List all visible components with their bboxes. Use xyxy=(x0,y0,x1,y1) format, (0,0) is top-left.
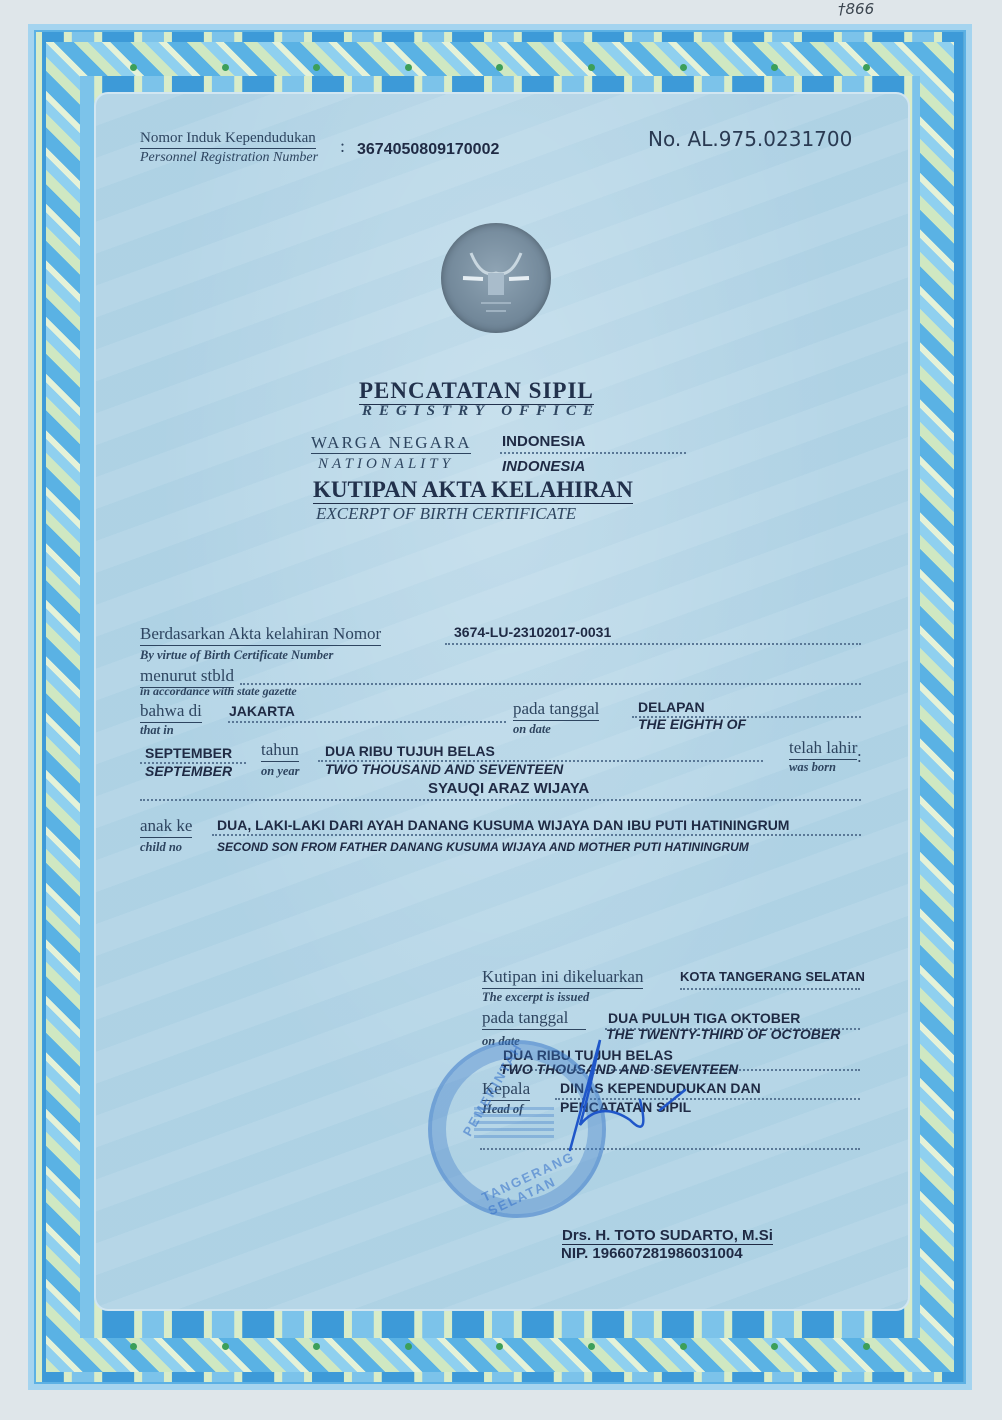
birth-month-value: SEPTEMBER xyxy=(145,745,232,761)
child-name: SYAUQI ARAZ WIJAYA xyxy=(428,780,589,797)
cert-number-label: Berdasarkan Akta kelahiran Nomor xyxy=(140,624,381,646)
office-title-en: REGISTRY OFFICE xyxy=(362,403,600,420)
place-label-en: that in xyxy=(140,723,174,738)
birth-year-value-en: TWO THOUSAND AND SEVENTEEN xyxy=(325,761,563,777)
birth-date-label: pada tanggal xyxy=(513,699,599,721)
child-no-label: anak ke xyxy=(140,816,192,838)
birth-date-label-en: on date xyxy=(513,722,551,737)
border-dots-bottom xyxy=(88,1343,912,1350)
cert-number-dotted-line xyxy=(445,643,861,645)
stbld-dotted-line xyxy=(240,683,861,685)
document-title-en: EXCERPT OF BIRTH CERTIFICATE xyxy=(316,504,576,524)
born-label: telah lahir xyxy=(789,738,857,760)
nationality-dotted-line xyxy=(500,452,686,454)
nik-value: 3674050809170002 xyxy=(357,141,499,159)
nik-label-en: Personnel Registration Number xyxy=(140,150,318,166)
child-no-label-en: child no xyxy=(140,840,182,855)
nationality-label: WARGA NEGARA xyxy=(311,433,471,454)
child-no-dotted-line xyxy=(212,834,861,836)
official-nip: NIP. 196607281986031004 xyxy=(561,1245,743,1262)
child-no-value-en: SECOND SON FROM FATHER DANANG KUSUMA WIJ… xyxy=(217,840,749,854)
child-no-value: DUA, LAKI-LAKI DARI AYAH DANANG KUSUMA W… xyxy=(217,817,789,833)
place-dotted-line xyxy=(228,721,506,723)
office-title: PENCATATAN SIPIL xyxy=(359,378,594,405)
garuda-emblem-icon xyxy=(441,223,551,333)
issued-dotted-line xyxy=(680,988,860,990)
cert-number-label-en: By virtue of Birth Certificate Number xyxy=(140,648,333,663)
official-name: Drs. H. TOTO SUDARTO, M.Si xyxy=(562,1227,773,1245)
birth-date-value: DELAPAN xyxy=(638,699,705,715)
issue-date-value: DUA PULUH TIGA OKTOBER xyxy=(608,1010,800,1026)
birth-year-label: tahun xyxy=(261,740,299,762)
place-label: bahwa di xyxy=(140,701,202,723)
nationality-label-en: NATIONALITY xyxy=(318,456,454,473)
issued-label: Kutipan ini dikeluarkan xyxy=(482,967,643,989)
official-signature xyxy=(540,1030,700,1160)
birth-year-value: DUA RIBU TUJUH BELAS xyxy=(325,743,495,759)
born-colon: : xyxy=(857,747,862,767)
issue-date-label: pada tanggal xyxy=(482,1008,586,1030)
nik-separator: : xyxy=(340,136,345,157)
stbld-label-en: in accordance with state gazette xyxy=(140,684,297,699)
birth-year-label-en: on year xyxy=(261,764,300,779)
issued-value: KOTA TANGERANG SELATAN xyxy=(680,969,865,984)
issued-label-en: The excerpt is issued xyxy=(482,990,589,1005)
birth-month-value-en: SEPTEMBER xyxy=(145,763,232,779)
place-value: JAKARTA xyxy=(229,703,295,719)
cert-number-value: 3674-LU-23102017-0031 xyxy=(454,624,611,640)
nationality-value-en: INDONESIA xyxy=(502,458,585,475)
document-title: KUTIPAN AKTA KELAHIRAN xyxy=(313,477,633,504)
birth-date-value-en: THE EIGHTH OF xyxy=(638,716,746,732)
nationality-value: INDONESIA xyxy=(502,433,585,450)
born-label-en: was born xyxy=(789,760,836,775)
child-name-dotted-line xyxy=(140,799,861,801)
border-dots-top xyxy=(88,64,912,71)
handwritten-annotation: †866 xyxy=(838,0,874,18)
serial-number: No. AL.975.0231700 xyxy=(648,127,852,151)
nik-label: Nomor Induk Kependudukan xyxy=(140,130,316,149)
